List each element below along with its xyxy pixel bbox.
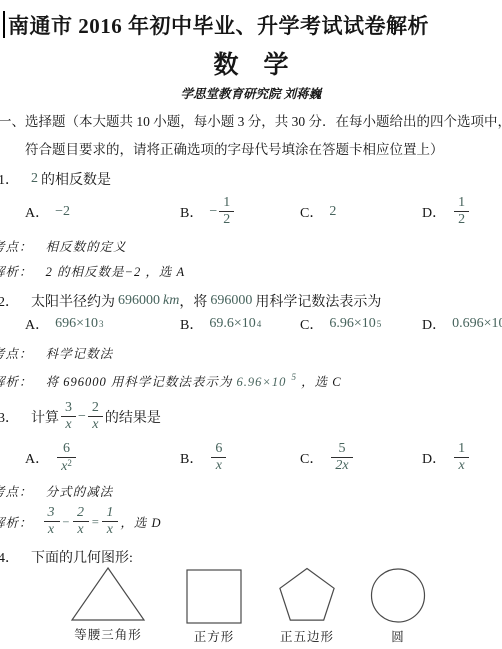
kaodian-label: 考点：: [0, 485, 33, 499]
fraction: 1 2: [219, 195, 234, 229]
fraction: 3 x: [44, 505, 60, 539]
stem-text: 太阳半径约为: [31, 291, 115, 311]
exponent: 5: [291, 372, 297, 382]
question-1-stem: 1． 2 的相反数是: [0, 169, 114, 189]
stem-text: 下面的几何图形:: [31, 547, 133, 567]
option-label: A．: [25, 314, 49, 334]
option-value: 6.96×10: [329, 316, 375, 332]
q1-option-c: C． 2: [300, 191, 336, 233]
option-label: D．: [422, 314, 446, 334]
q2-analysis-point: 考点： 科学记数法: [0, 344, 113, 362]
unit-km: km: [163, 293, 179, 309]
question-3-number: 3．: [0, 407, 19, 427]
q3-option-c: C． 5 2x: [300, 437, 355, 479]
option-label: B．: [180, 448, 203, 468]
question-4-number: 4．: [0, 547, 19, 567]
subject-title: 数 学: [0, 45, 502, 81]
exponent: 5: [377, 319, 382, 329]
section-header-line1: 一、选择题（本大题共 10 小题，每小题 3 分，共 30 分．在每小题给出的四…: [0, 110, 502, 130]
q2-options: A． 696×10 3 B． 69.6×10 4 C． 6.96×10 5 D．…: [0, 313, 502, 335]
jiexi-text: ，选 D: [120, 513, 161, 531]
minus-sign: −: [78, 409, 86, 425]
q3-option-d: D． 1 x: [422, 437, 471, 479]
q3-analysis-solution: 解析： 3 x − 2 x = 1 x ，选 D: [0, 502, 162, 542]
q3-analysis-point: 考点： 分式的减法: [0, 482, 113, 500]
minus-sign: −: [62, 515, 71, 530]
fraction: 5 2x: [331, 441, 352, 475]
byline: 学思堂教育研究院 刘蒋巍: [0, 84, 502, 102]
jiexi-label: 解析：: [0, 513, 33, 531]
question-1-number: 1．: [0, 169, 19, 189]
shape-figure-circle: 圆: [353, 567, 443, 645]
option-label: A．: [25, 448, 49, 468]
q3-option-a: A． 6 x2: [25, 437, 78, 479]
isosceles-triangle-icon: [70, 566, 146, 622]
q2-analysis-solution: 解析： 将 696000 用科学记数法表示为 6.96×10 5 ，选 C: [0, 372, 342, 390]
radius-value: 696000: [118, 293, 160, 309]
question-3-stem: 3． 计算 3 x − 2 x 的结果是: [0, 398, 161, 436]
option-value: 69.6×10: [209, 316, 255, 332]
option-value: 0.696×10: [452, 316, 502, 332]
option-value: 2: [329, 204, 336, 220]
q2-option-d: D． 0.696×10 6: [422, 313, 502, 335]
fraction: 1 x: [454, 441, 469, 475]
shape-figure-triangle: 等腰三角形: [58, 566, 158, 643]
exam-title-text: 南通市 2016 年初中毕业、升学考试试卷解析: [8, 14, 429, 38]
q2-option-b: B． 69.6×10 4: [180, 313, 261, 335]
section-header-line2: 符合题目要求的，请将正确选项的字母代号填涂在答题卡相应位置上）: [25, 138, 444, 158]
jiexi-text: 将 696000 用科学记数法表示为: [46, 375, 233, 389]
jiexi-label: 解析：: [0, 265, 33, 279]
option-value: −2: [55, 204, 70, 220]
exponent: 4: [257, 319, 262, 329]
question-1-text: 的相反数是: [41, 169, 111, 189]
option-label: C．: [300, 202, 323, 222]
shape-label: 等腰三角形: [58, 625, 158, 643]
shape-label: 正方形: [169, 627, 259, 645]
text-cursor-bar: [3, 11, 5, 38]
circle-icon: [369, 567, 427, 624]
shape-figure-square: 正方形: [169, 569, 259, 645]
jiexi-text: ，选 C: [301, 375, 341, 389]
q1-option-a: A． −2: [25, 191, 70, 233]
equals-sign: =: [91, 515, 100, 530]
option-label: B．: [180, 202, 203, 222]
minus-sign: −: [209, 204, 217, 220]
exam-paper-page: 南通市 2016 年初中毕业、升学考试试卷解析 数 学 学思堂教育研究院 刘蒋巍…: [0, 0, 502, 649]
stem-text: 用科学记数法表示为: [255, 291, 381, 311]
q1-analysis-solution: 解析： 2 的相反数是−2 ，选 A: [0, 262, 185, 280]
stem-text: 计算: [31, 407, 59, 427]
fraction: 1 x: [102, 505, 118, 539]
question-2-stem: 2． 太阳半径约为 696000 km ，将 696000 用科学记数法表示为: [0, 291, 381, 311]
option-label: A．: [25, 202, 49, 222]
question-1-value: 2: [31, 171, 38, 187]
jiexi-text: 2 的相反数是−2 ，选 A: [46, 265, 185, 279]
q1-option-b: B． − 1 2: [180, 191, 236, 233]
exponent: 3: [99, 319, 104, 329]
regular-pentagon-icon: [278, 567, 336, 624]
option-value: 696×10: [55, 316, 98, 332]
option-label: D．: [422, 202, 446, 222]
exam-title: 南通市 2016 年初中毕业、升学考试试卷解析: [3, 10, 429, 40]
question-2-number: 2．: [0, 291, 19, 311]
q2-option-c: C． 6.96×10 5: [300, 313, 381, 335]
fraction: 6 x: [211, 441, 226, 475]
question-4-stem: 4． 下面的几何图形:: [0, 547, 133, 567]
q1-analysis-point: 考点： 相反数的定义: [0, 237, 127, 255]
shape-label: 正五边形: [262, 627, 352, 645]
jiexi-label: 解析：: [0, 375, 33, 389]
shape-figure-pentagon: 正五边形: [262, 567, 352, 645]
square-icon: [186, 569, 242, 624]
kaodian-label: 考点：: [0, 240, 33, 254]
q3-option-b: B． 6 x: [180, 437, 228, 479]
shape-label: 圆: [353, 627, 443, 645]
q1-options: A． −2 B． − 1 2 C． 2 D． 1 2: [0, 191, 502, 233]
kaodian-text: 科学记数法: [46, 347, 114, 361]
fraction: 6 x2: [57, 441, 76, 476]
fraction: 1 2: [454, 195, 469, 229]
kaodian-label: 考点：: [0, 347, 33, 361]
option-label: C．: [300, 448, 323, 468]
jiexi-value: 6.96×10: [237, 375, 287, 389]
q3-options: A． 6 x2 B． 6 x C． 5 2x D． 1 x: [0, 437, 502, 479]
q1-option-d: D． 1 2: [422, 191, 471, 233]
kaodian-text: 相反数的定义: [46, 240, 127, 254]
fraction: 2 x: [73, 505, 89, 539]
option-label: D．: [422, 448, 446, 468]
stem-text: ，将: [179, 291, 207, 311]
stem-text: 的结果是: [105, 407, 161, 427]
option-label: C．: [300, 314, 323, 334]
fraction: 3 x: [61, 400, 76, 434]
radius-value: 696000: [210, 293, 252, 309]
kaodian-text: 分式的减法: [46, 485, 114, 499]
option-label: B．: [180, 314, 203, 334]
q2-option-a: A． 696×10 3: [25, 313, 104, 335]
fraction: 2 x: [88, 400, 103, 434]
